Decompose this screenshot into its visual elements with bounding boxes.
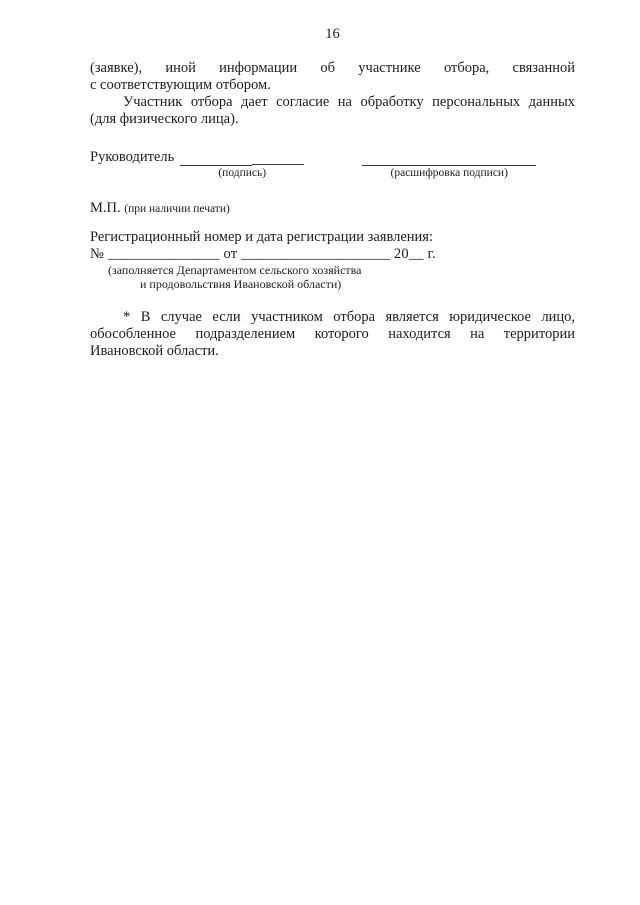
name-line-segment (362, 151, 536, 166)
year-suffix: г. (428, 246, 436, 262)
paragraph-consent: Участник отбора дает согласие на обработ… (90, 94, 575, 128)
page-number: 16 (90, 26, 575, 43)
paragraph-line: Участник отбора дает согласие на обработ… (90, 94, 575, 111)
paragraph-continuation: (заявке), иной информации об участнике о… (90, 60, 575, 94)
signature-row: Руководитель(подпись)(расшифровка подпис… (90, 149, 575, 180)
name-caption: (расшифровка подписи) (362, 166, 536, 180)
registration-caption-line: (заполняется Департаментом сельского хоз… (90, 263, 575, 277)
paragraph-line: (для физического лица). (90, 111, 575, 128)
stamp-note: (при наличии печати) (124, 203, 230, 215)
registration-number-blank: _______________ (108, 246, 220, 262)
ot-label: от (223, 246, 237, 262)
footnote-line: * В случае если участником отбора являет… (90, 309, 575, 326)
footnote-line: Ивановской области. (90, 343, 575, 360)
signature-line-segment (252, 150, 304, 165)
registration-title: Регистрационный номер и дата регистрации… (90, 229, 575, 246)
signature-label: Руководитель (90, 149, 174, 166)
name-field: (расшифровка подписи) (362, 149, 536, 180)
footnote-paragraph: * В случае если участником отбора являет… (90, 309, 575, 360)
name-blank-line (362, 149, 536, 164)
registration-block: Регистрационный номер и дата регистрации… (90, 229, 575, 291)
signature-field: (подпись) (180, 149, 304, 180)
stamp-row: М.П. (при наличии печати) (90, 200, 575, 218)
paragraph-line: с соответствующим отбором. (90, 77, 575, 94)
registration-caption-line: и продовольствия Ивановской области) (90, 277, 575, 291)
signature-caption: (подпись) (180, 166, 304, 180)
paragraph-line: (заявке), иной информации об участнике о… (90, 60, 575, 77)
document-page: 16 (заявке), иной информации об участник… (0, 0, 640, 905)
registration-date-blank: ____________________ (241, 246, 390, 262)
footnote-line: обособленное подразделением которого нах… (90, 326, 575, 343)
signature-line-segment (180, 151, 252, 166)
number-sign: № (90, 246, 104, 262)
signature-blank-line (180, 149, 304, 164)
registration-line: № _______________ от ___________________… (90, 246, 575, 263)
stamp-label: М.П. (90, 200, 121, 216)
year-blank: 20__ (394, 246, 424, 262)
